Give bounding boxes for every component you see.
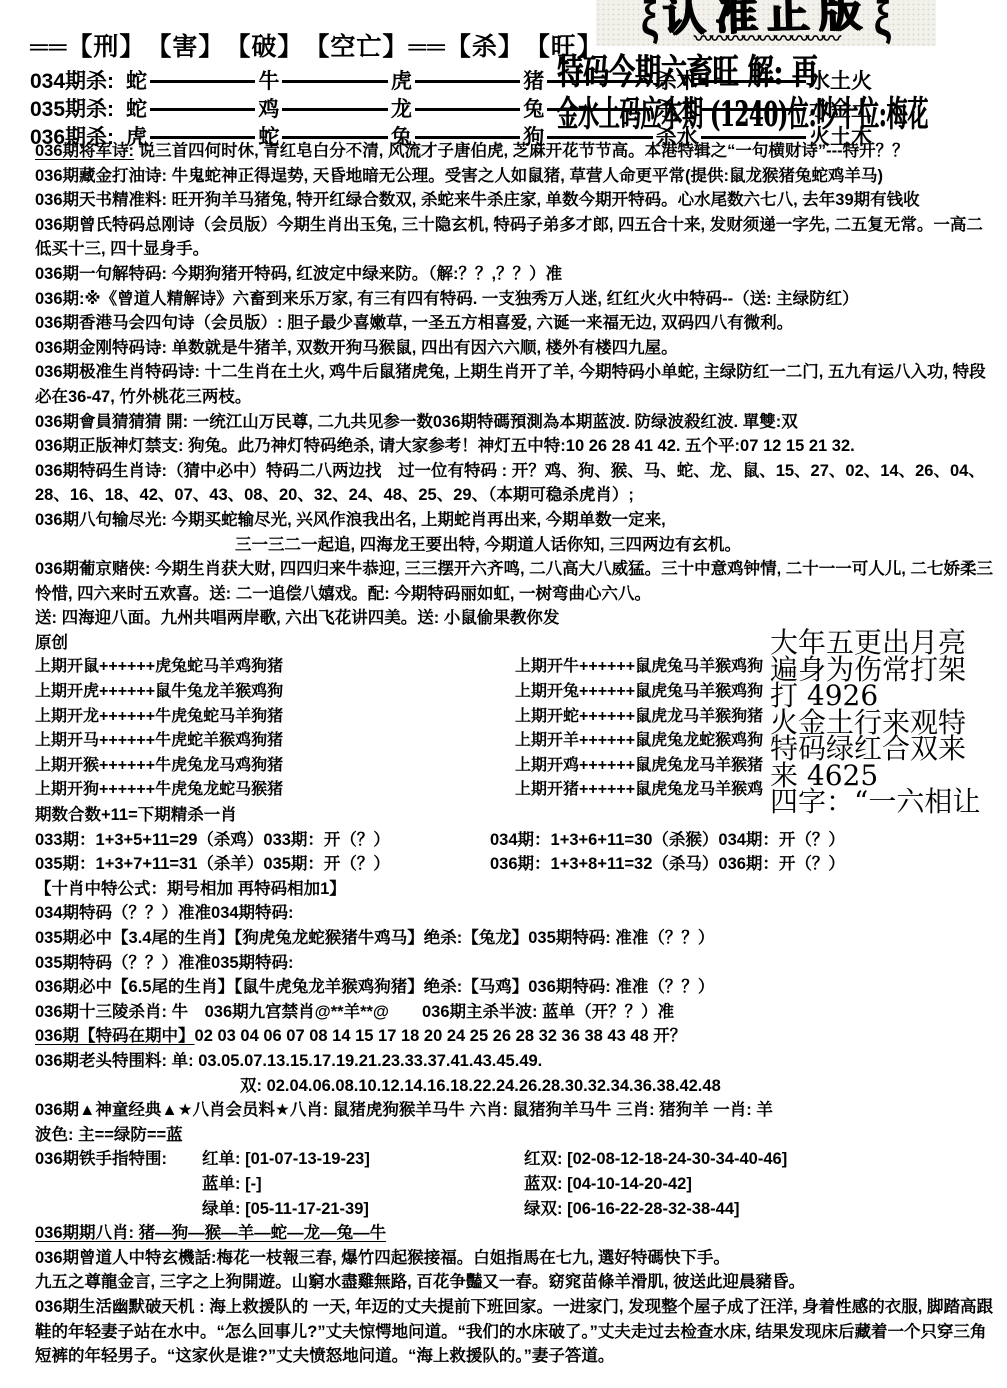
laotou-even-line: 双: 02.04.06.08.10.12.14.16.18.22.24.26.2… bbox=[35, 1074, 998, 1099]
laotou-label: 036期老头特围料: bbox=[35, 1052, 167, 1070]
table-cell: 上期开龙++++++牛虎兔蛇马羊狗猪 bbox=[35, 705, 515, 730]
kill-item: 杀木 bbox=[656, 93, 698, 123]
zaiqi-label: 036期【特码在期中】 bbox=[35, 1027, 195, 1045]
poem-text: 牛鬼蛇神正得逞势, 天昏地暗无公理。受害之人如鼠猪, 草营人命更平常(提供:鼠龙… bbox=[167, 167, 883, 185]
tieshou-cell: 绿单: [05-11-17-21-39] bbox=[202, 1197, 524, 1222]
poem-zengshi: 036期曾氏特码总刚诗（会员版）今期生肖出玉兔, 三十隐玄机, 特码子弟多才郎,… bbox=[35, 213, 998, 262]
kill-item: 兔 bbox=[523, 93, 544, 123]
poem-tianshu: 036期天书精准料: 旺开狗羊马猪兔, 特开红绿合数双, 杀蛇来牛杀庄家, 单数… bbox=[35, 188, 998, 213]
poem-song: 送: 四海迎八面。九州共唱两岸歌, 六出飞花讲四美。送: 小鼠偷果教你发 bbox=[35, 606, 998, 631]
poem-text: 今期买蛇输尽光, 兴风作浪我出名, 上期蛇肖再出来, 今期单数一定来, bbox=[167, 511, 666, 529]
prediction-034: 034期特码（？？）准准034期特码: bbox=[35, 901, 998, 926]
sum-rule: 期数合数+11=下期精杀一肖 bbox=[35, 803, 998, 828]
poem-label: 036期正版神灯禁支: bbox=[35, 437, 184, 455]
tieshou-row-green: 绿单: [05-11-17-21-39] 绿双: [06-16-22-28-32… bbox=[35, 1197, 998, 1222]
dash-line bbox=[415, 80, 520, 83]
dash-line bbox=[150, 80, 255, 83]
table-cell: 上期开狗++++++牛虎兔龙蛇马猴猪 bbox=[35, 778, 515, 803]
dash-line bbox=[282, 108, 387, 111]
prediction-text: 034期特码（？？）准准034期特码: bbox=[35, 904, 294, 922]
laotou-line: 036期老头特围料: 单: 03.05.07.13.15.17.19.21.23… bbox=[35, 1049, 998, 1074]
poem-label: 036期曾氏特码总刚诗（会员版） bbox=[35, 216, 277, 234]
kill-item: 猪 bbox=[523, 65, 544, 95]
kill-item: 水金土 bbox=[809, 93, 872, 123]
poem-yiju: 036期一句解特码: 今期狗猪开特码, 红波定中绿来防。（解:？？,？？）准 bbox=[35, 262, 998, 287]
poem-jizhun: 036期极准生肖特码诗: 十二生肖在土火, 鸡牛后鼠猪虎兔, 上期生肖开了羊, … bbox=[35, 360, 998, 409]
table-row: 上期开猴++++++牛虎兔龙马鸡狗猪上期开鸡++++++鼠虎兔龙马羊猴猪 bbox=[35, 754, 775, 779]
zaiqi-numbers: 02 03 04 06 07 08 14 15 17 18 20 24 25 2… bbox=[195, 1027, 687, 1045]
dash-line bbox=[150, 108, 255, 111]
poem-label: 036期會員猜猜猜 開: bbox=[35, 413, 188, 431]
dash-line bbox=[701, 108, 806, 111]
table-cell: 上期开虎++++++鼠牛兔龙羊猴鸡狗 bbox=[35, 680, 515, 705]
poem-baju-line1: 036期八句输尽光: 今期买蛇输尽光, 兴风作浪我出名, 上期蛇肖再出来, 今期… bbox=[35, 508, 998, 533]
poem-text: 胆子最少喜嫩草, 一圣五方相喜爱, 六诞一来福无边, 双码四八有微利。 bbox=[283, 314, 794, 332]
prediction-text: 036期必中【6.5尾的生肖】【鼠牛虎兔龙羊猴鸡狗猪】绝杀:【马鸡】036期特码… bbox=[35, 978, 714, 996]
prediction-035-bizhong: 035期必中【3.4尾的生肖】【狗虎兔龙蛇猴猪牛鸡马】绝杀:【兔龙】035期特码… bbox=[35, 926, 998, 951]
poem-shendeng: 036期正版神灯禁支: 狗兔。此乃神灯特码绝杀, 请大家参考！神灯五中特:10 … bbox=[35, 434, 998, 459]
tieshou-cell: 蓝双: [04-10-14-20-42] bbox=[524, 1172, 692, 1197]
dash-line bbox=[547, 108, 652, 111]
tieshou-label-spacer bbox=[35, 1197, 202, 1222]
table-cell: 上期开鸡++++++鼠虎兔龙马羊猴猪 bbox=[515, 754, 763, 779]
poem-label: 036期香港马会四句诗（会员版）: bbox=[35, 314, 283, 332]
table-row: 上期开鼠++++++虎兔蛇马羊鸡狗猪上期开牛++++++鼠虎兔马羊猴鸡狗 bbox=[35, 655, 775, 680]
prediction-035: 035期特码（？？）准准035期特码: bbox=[35, 951, 998, 976]
xuanji-line: 036期曾道人中特玄機話:梅花一枝報三春, 爆竹四起猴接福。白姐指馬在七九, 選… bbox=[35, 1246, 998, 1271]
kill-item: 鸡 bbox=[258, 93, 279, 123]
table-row: 上期开狗++++++牛虎兔龙蛇马猴猪上期开猪++++++鼠虎兔龙马羊猴鸡 bbox=[35, 778, 775, 803]
kill-item: 虎 bbox=[391, 65, 412, 95]
poem-text: 狗兔。此乃神灯特码绝杀, 请大家参考！神灯五中特:10 26 28 41 42.… bbox=[184, 437, 855, 455]
tips-body: 036期将军诗: 说三首四何时休, 青红皂白分不清, 风流才子唐伯虎, 芝麻开花… bbox=[35, 139, 998, 1369]
tieshou-cell: 红单: [01-07-13-19-23] bbox=[202, 1147, 524, 1172]
lottery-tipsheet-page: ξ 认准正版 〰〰〰〰〰〰〰〰〰 ξ 特码今期六畜旺 解: 再 金水土码应本期 … bbox=[0, 0, 1007, 1388]
shixiao-formula: 【十肖中特公式：期号相加 再特码相加1】 bbox=[35, 877, 998, 902]
kill-header-title: ══【刑】 【害】 【破】 【空亡】══【杀】 【旺】 bbox=[30, 33, 872, 61]
poem-text: 三一三二一起追, 四海龙王要出特, 今期道人话你知, 三四两边有玄机。 bbox=[235, 536, 741, 554]
tieshou-label-spacer bbox=[35, 1172, 202, 1197]
formula-text: 【十肖中特公式：期号相加 再特码相加1】 bbox=[35, 880, 346, 898]
tieshou-label: 036期铁手指特围: bbox=[35, 1147, 202, 1172]
poem-text: （猜中必中）特码二八两边找 过一位有特码 : 开？鸡、狗、猴、马、蛇、龙、鼠、1… bbox=[35, 462, 985, 505]
table-row: 上期开马++++++牛虎蛇羊猴鸡狗猪上期开羊++++++鼠虎兔龙蛇猴鸡狗 bbox=[35, 729, 775, 754]
dash-line bbox=[282, 80, 387, 83]
poem-siju: 036期香港马会四句诗（会员版）: 胆子最少喜嫩草, 一圣五方相喜爱, 六诞一来… bbox=[35, 311, 998, 336]
poem-text: 送: 四海迎八面。九州共唱两岸歌, 六出飞花讲四美。送: 小鼠偷果教你发 bbox=[35, 609, 559, 627]
laotou-odd-numbers: 单: 03.05.07.13.15.17.19.21.23.33.37.41.4… bbox=[167, 1052, 542, 1070]
tieshou-cell: 蓝单: [-] bbox=[202, 1172, 524, 1197]
xuanji-text: 梅花一枝報三春, 爆竹四起猴接福。白姐指馬在七九, 選好特碼快下手。 bbox=[217, 1249, 730, 1267]
poem-text: 一统江山万民尊, 二九共见参一数036期特碼預測為本期蓝波. 防绿波殺红波. 單… bbox=[188, 413, 798, 431]
kill-header: ══【刑】 【害】 【破】 【空亡】══【杀】 【旺】 034期杀: 蛇 牛 虎… bbox=[30, 33, 872, 150]
poem-label: 036期八句输尽光: bbox=[35, 511, 167, 529]
kill-row-label: 034期杀: bbox=[30, 65, 114, 95]
poem-label: 036期天书精准料: bbox=[35, 191, 167, 209]
tieshou-cell: 红双: [02-08-12-18-24-30-34-40-46] bbox=[524, 1147, 787, 1172]
prediction-text: 035期特码（？？）准准035期特码: bbox=[35, 954, 294, 972]
zaiqi-line: 036期【特码在期中】02 03 04 06 07 08 14 15 17 18… bbox=[35, 1024, 998, 1049]
table-cell: 上期开猴++++++牛虎兔龙马鸡狗猪 bbox=[35, 754, 515, 779]
poem-label: 036期特码生肖诗: bbox=[35, 462, 167, 480]
baxiao-line: 036期期八肖: 猪—狗—猴—羊—蛇—龙—兔—牛 bbox=[35, 1221, 998, 1246]
kill-row-label: 035期杀: bbox=[30, 93, 114, 123]
dash-line bbox=[547, 80, 652, 83]
formula-right: 036期：1+3+8+11=32（杀马）036期：开（？） bbox=[490, 852, 845, 877]
formula-left: 033期：1+3+5+11=29（杀鸡）033期：开（？） bbox=[35, 828, 490, 853]
table-row: 上期开虎++++++鼠牛兔龙羊猴鸡狗上期开兔++++++鼠虎兔马羊猴鸡狗 bbox=[35, 680, 775, 705]
shasan-line: 036期十三陵杀肖: 牛 036期九宫禁肖@**羊**@ 036期主杀半波: 蓝… bbox=[35, 1000, 998, 1025]
poem-jingjie: 036期:※《曾道人精解诗》六畜到来乐万家, 有三有四有特码. 一支独秀万人迷,… bbox=[35, 287, 998, 312]
tieshou-row-blue: 蓝单: [-] 蓝双: [04-10-14-20-42] bbox=[35, 1172, 998, 1197]
poem-label: 036期金刚特码诗: bbox=[35, 339, 167, 357]
poem-label: 036期葡京赌侠: bbox=[35, 560, 151, 578]
table-row: 上期开龙++++++牛虎兔蛇马羊狗猪上期开蛇++++++鼠虎龙马羊猴狗猪 bbox=[35, 705, 775, 730]
poem-baju-line2: 三一三二一起追, 四海龙王要出特, 今期道人话你知, 三四两边有玄机。 bbox=[35, 533, 998, 558]
poem-text: 今期生肖获大财, 四四归来牛恭迎, 三三摆开六齐鸣, 二八高大八威猛。三十中意鸡… bbox=[35, 560, 993, 603]
bose-line: 波色: 主==绿防==蓝 bbox=[35, 1123, 998, 1148]
tieshou-cell: 绿双: [06-16-22-28-32-38-44] bbox=[524, 1197, 740, 1222]
table-cell: 上期开马++++++牛虎蛇羊猴鸡狗猪 bbox=[35, 729, 515, 754]
poem-text: ※《曾道人精解诗》六畜到来乐万家, 有三有四有特码. 一支独秀万人迷, 红红火火… bbox=[85, 290, 859, 308]
prediction-036-bizhong: 036期必中【6.5尾的生肖】【鼠牛虎兔龙羊猴鸡狗猪】绝杀:【马鸡】036期特码… bbox=[35, 975, 998, 1000]
kill-item: 蛇 bbox=[126, 65, 147, 95]
humor-label: 036期生活幽默破天机 : bbox=[35, 1298, 205, 1316]
prev-open-table: 上期开鼠++++++虎兔蛇马羊鸡狗猪上期开牛++++++鼠虎兔马羊猴鸡狗 上期开… bbox=[35, 655, 775, 803]
baxiao-text: 036期期八肖: 猪—狗—猴—羊—蛇—龙—兔—牛 bbox=[35, 1224, 386, 1242]
table-cell: 上期开羊++++++鼠虎兔龙蛇猴鸡狗 bbox=[515, 729, 763, 754]
original-text: 原创 bbox=[35, 634, 68, 652]
shentong-line: 036期▲神童经典▲★八肖会员料★八肖: 鼠猪虎狗猴羊马牛 六肖: 鼠猪狗羊马牛… bbox=[35, 1098, 998, 1123]
kill-item: 龙 bbox=[391, 93, 412, 123]
poem-label: 036期: bbox=[35, 290, 85, 308]
prediction-text: 035期必中【3.4尾的生肖】【狗虎兔龙蛇猴猪牛鸡马】绝杀:【兔龙】035期特码… bbox=[35, 929, 714, 947]
prediction-text: 036期十三陵杀肖: 牛 036期九宫禁肖@**羊**@ 036期主杀半波: 蓝… bbox=[35, 1003, 674, 1021]
kill-row-034: 034期杀: 蛇 牛 虎 猪 杀木 水土火 bbox=[30, 66, 872, 94]
table-cell: 上期开鼠++++++虎兔蛇马羊鸡狗猪 bbox=[35, 655, 515, 680]
xuanji-label: 036期曾道人中特玄機話: bbox=[35, 1249, 217, 1267]
poem-jingang: 036期金刚特码诗: 单数就是牛猪羊, 双数开狗马猴鼠, 四出有因六六顺, 楼外… bbox=[35, 336, 998, 361]
poem-jiangjun: 036期将军诗: 说三首四何时休, 青红皂白分不清, 风流才子唐伯虎, 芝麻开花… bbox=[35, 139, 998, 164]
dash-line bbox=[701, 80, 806, 83]
table-cell: 上期开牛++++++鼠虎兔马羊猴鸡狗 bbox=[515, 655, 763, 680]
poem-label: 036期极准生肖特码诗: bbox=[35, 363, 200, 381]
table-cell: 上期开蛇++++++鼠虎龙马羊猴狗猪 bbox=[515, 705, 763, 730]
poem-caicai: 036期會員猜猜猜 開: 一统江山万民尊, 二九共见参一数036期特碼預測為本期… bbox=[35, 410, 998, 435]
table-cell: 上期开猪++++++鼠虎兔龙马羊猴鸡 bbox=[515, 778, 763, 803]
jiuwu-text: 九五之尊龍金言, 三字之上狗開遊。山窮水盡雞無路, 百花争豔又一春。窈窕苗條羊滑… bbox=[35, 1273, 805, 1291]
poem-label: 036期藏金打油诗: bbox=[35, 167, 167, 185]
dash-line bbox=[415, 108, 520, 111]
poem-text: 今期狗猪开特码, 红波定中绿来防。（解:？？,？？）准 bbox=[167, 265, 562, 283]
formula-left: 035期：1+3+7+11=31（杀羊）035期：开（？） bbox=[35, 852, 490, 877]
kill-item: 蛇 bbox=[126, 93, 147, 123]
jiuwu-line: 九五之尊龍金言, 三字之上狗開遊。山窮水盡雞無路, 百花争豔又一春。窈窕苗條羊滑… bbox=[35, 1270, 998, 1295]
formula-row-1: 033期：1+3+5+11=29（杀鸡）033期：开（？）034期：1+3+6+… bbox=[35, 828, 998, 853]
kill-item: 杀木 bbox=[656, 65, 698, 95]
prediction-text: 波色: 主==绿防==蓝 bbox=[35, 1126, 183, 1144]
poem-shengxiao: 036期特码生肖诗:（猜中必中）特码二八两边找 过一位有特码 : 开？鸡、狗、猴… bbox=[35, 459, 998, 508]
prediction-text: 036期▲神童经典▲★八肖会员料★八肖: 鼠猪虎狗猴羊马牛 六肖: 鼠猪狗羊马牛… bbox=[35, 1101, 773, 1119]
poem-label: 036期一句解特码: bbox=[35, 265, 167, 283]
humor-line: 036期生活幽默破天机 : 海上救援队的 一天, 年迈的丈夫提前下班回家。一进家… bbox=[35, 1295, 998, 1369]
kill-item: 水土火 bbox=[809, 65, 872, 95]
poem-text: 单数就是牛猪羊, 双数开狗马猴鼠, 四出有因六六顺, 楼外有楼四九屋。 bbox=[167, 339, 678, 357]
formula-right: 034期：1+3+6+11=30（杀猴）034期：开（？） bbox=[490, 828, 845, 853]
formula-row-2: 035期：1+3+7+11=31（杀羊）035期：开（？）036期：1+3+8+… bbox=[35, 852, 998, 877]
laotou-even-numbers: 双: 02.04.06.08.10.12.14.16.18.22.24.26.2… bbox=[240, 1077, 721, 1095]
kill-item: 牛 bbox=[258, 65, 279, 95]
stamp-ornament-right-icon: ξ bbox=[874, 0, 891, 45]
poem-pujing: 036期葡京赌侠: 今期生肖获大财, 四四归来牛恭迎, 三三摆开六齐鸣, 二八高… bbox=[35, 557, 998, 606]
original-label: 原创 bbox=[35, 631, 998, 656]
kill-row-035: 035期杀: 蛇 鸡 龙 兔 杀木 水金土 bbox=[30, 94, 872, 122]
poem-text: 旺开狗羊马猪兔, 特开红绿合数双, 杀蛇来牛杀庄家, 单数今期开特码。心水尾数六… bbox=[167, 191, 920, 209]
table-cell: 上期开兔++++++鼠虎兔马羊猴鸡狗 bbox=[515, 680, 763, 705]
tieshou-row-red: 036期铁手指特围: 红单: [01-07-13-19-23] 红双: [02-… bbox=[35, 1147, 998, 1172]
poem-cangjin: 036期藏金打油诗: 牛鬼蛇神正得逞势, 天昏地暗无公理。受害之人如鼠猪, 草营… bbox=[35, 164, 998, 189]
poem-label: 036期将军诗: bbox=[35, 142, 134, 160]
formula-text: 期数合数+11=下期精杀一肖 bbox=[35, 806, 237, 824]
poem-text: 说三首四何时休, 青红皂白分不清, 风流才子唐伯虎, 芝麻开花节节高。本港特辑之… bbox=[134, 142, 909, 160]
